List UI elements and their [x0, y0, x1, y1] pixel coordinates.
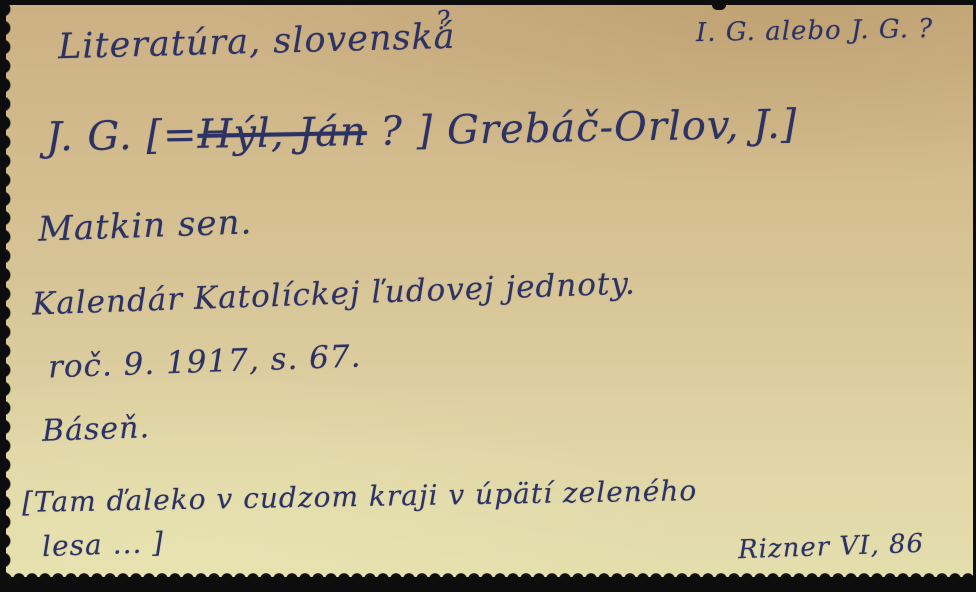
card-top-edge: [0, 0, 976, 5]
initials-query-note: I. G. alebo J. G. ?: [696, 14, 934, 48]
poem-title-line: Matkin sen.: [37, 202, 252, 249]
card-perforated-left-edge: [0, 0, 17, 592]
subject-heading-question-mark: ?: [435, 6, 452, 37]
genre-line: Báseň.: [41, 410, 150, 449]
incipit-line-2: lesa ... ]: [41, 526, 164, 563]
card-top-edge-notch: [712, 3, 726, 10]
struck-out-name: Hýl, Ján: [197, 109, 367, 158]
card-bottom-edge: [0, 577, 976, 592]
catalog-card-scan: Literatúra, slovenská ? I. G. alebo J. G…: [0, 0, 976, 592]
author-line-suffix: ? ] Grebáč-Orlov, J.]: [366, 101, 797, 155]
author-line-prefix: J. G. [=: [46, 112, 198, 161]
